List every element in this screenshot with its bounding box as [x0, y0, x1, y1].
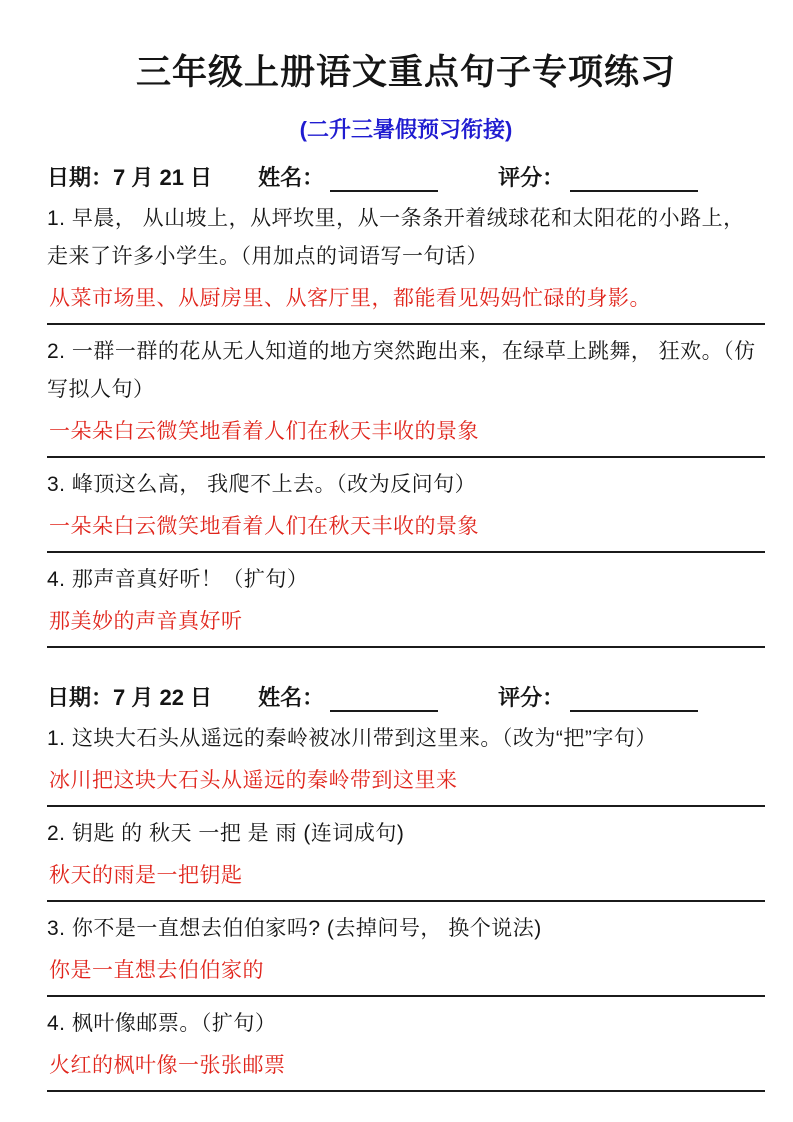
question-block: 3. 峰顶这么高， 我爬不上去。（改为反问句） 一朵朵白云微笑地看着人们在秋天丰… [47, 466, 765, 553]
answer-text: 从菜市场里、从厨房里、从客厅里，都能看见妈妈忙碌的身影。 [47, 278, 765, 325]
question-block: 4. 那声音真好听！（扩句） 那美妙的声音真好听 [47, 561, 765, 648]
name-label: 姓名： [258, 684, 324, 712]
question-block: 3. 你不是一直想去伯伯家吗? (去掉问号， 换个说法) 你是一直想去伯伯家的 [47, 910, 765, 997]
score-label: 评分： [498, 164, 564, 192]
answer-text: 秋天的雨是一把钥匙 [47, 855, 765, 902]
question-block: 1. 这块大石头从遥远的秦岭被冰川带到这里来。（改为“把”字句） 冰川把这块大石… [47, 720, 765, 807]
question-list: 1. 早晨， 从山坡上，从坪坎里，从一条条开着绒球花和太阳花的小路上， 走来了许… [47, 200, 765, 648]
question-text: 3. 峰顶这么高， 我爬不上去。（改为反问句） [47, 466, 765, 504]
worksheet-section: 日期：7 月 21 日 姓名： 评分： 1. 早晨， 从山坡上，从坪坎里，从一条… [47, 164, 765, 648]
name-blank-line [330, 168, 438, 192]
answer-text: 那美妙的声音真好听 [47, 601, 765, 648]
page-title: 三年级上册语文重点句子专项练习 [47, 52, 765, 94]
name-label: 姓名： [258, 164, 324, 192]
answer-text: 火红的枫叶像一张张邮票 [47, 1045, 765, 1092]
question-text: 4. 那声音真好听！（扩句） [47, 561, 765, 599]
question-block: 2. 一群一群的花从无人知道的地方突然跑出来，在绿草上跳舞， 狂欢。（仿写拟人句… [47, 333, 765, 458]
answer-text: 冰川把这块大石头从遥远的秦岭带到这里来 [47, 760, 765, 807]
date-label: 日期： [47, 164, 113, 192]
question-list: 1. 这块大石头从遥远的秦岭被冰川带到这里来。（改为“把”字句） 冰川把这块大石… [47, 720, 765, 1092]
score-blank-line [570, 168, 698, 192]
page-subtitle: (二升三暑假预习衔接) [47, 118, 765, 142]
date-value: 7 月 22 日 [113, 684, 212, 712]
question-text: 1. 这块大石头从遥远的秦岭被冰川带到这里来。（改为“把”字句） [47, 720, 765, 758]
answer-text: 你是一直想去伯伯家的 [47, 950, 765, 997]
answer-text: 一朵朵白云微笑地看着人们在秋天丰收的景象 [47, 411, 765, 458]
sections: 日期：7 月 21 日 姓名： 评分： 1. 早晨， 从山坡上，从坪坎里，从一条… [47, 164, 765, 1092]
question-text: 2. 一群一群的花从无人知道的地方突然跑出来，在绿草上跳舞， 狂欢。（仿写拟人句… [47, 333, 765, 409]
name-blank-line [330, 688, 438, 712]
question-text: 4. 枫叶像邮票。（扩句） [47, 1005, 765, 1043]
score-label: 评分： [498, 684, 564, 712]
question-text: 3. 你不是一直想去伯伯家吗? (去掉问号， 换个说法) [47, 910, 765, 948]
worksheet-section: 日期：7 月 22 日 姓名： 评分： 1. 这块大石头从遥远的秦岭被冰川带到这… [47, 684, 765, 1092]
question-block: 4. 枫叶像邮票。（扩句） 火红的枫叶像一张张邮票 [47, 1005, 765, 1092]
worksheet-page: 三年级上册语文重点句子专项练习 (二升三暑假预习衔接) 日期：7 月 21 日 … [0, 0, 793, 1122]
question-text: 1. 早晨， 从山坡上，从坪坎里，从一条条开着绒球花和太阳花的小路上， 走来了许… [47, 200, 765, 276]
question-block: 1. 早晨， 从山坡上，从坪坎里，从一条条开着绒球花和太阳花的小路上， 走来了许… [47, 200, 765, 325]
question-block: 2. 钥匙 的 秋天 一把 是 雨 (连词成句) 秋天的雨是一把钥匙 [47, 815, 765, 902]
answer-text: 一朵朵白云微笑地看着人们在秋天丰收的景象 [47, 506, 765, 553]
date-label: 日期： [47, 684, 113, 712]
date-line: 日期：7 月 22 日 姓名： 评分： [47, 684, 765, 712]
date-value: 7 月 21 日 [113, 164, 212, 192]
score-blank-line [570, 688, 698, 712]
date-line: 日期：7 月 21 日 姓名： 评分： [47, 164, 765, 192]
question-text: 2. 钥匙 的 秋天 一把 是 雨 (连词成句) [47, 815, 765, 853]
